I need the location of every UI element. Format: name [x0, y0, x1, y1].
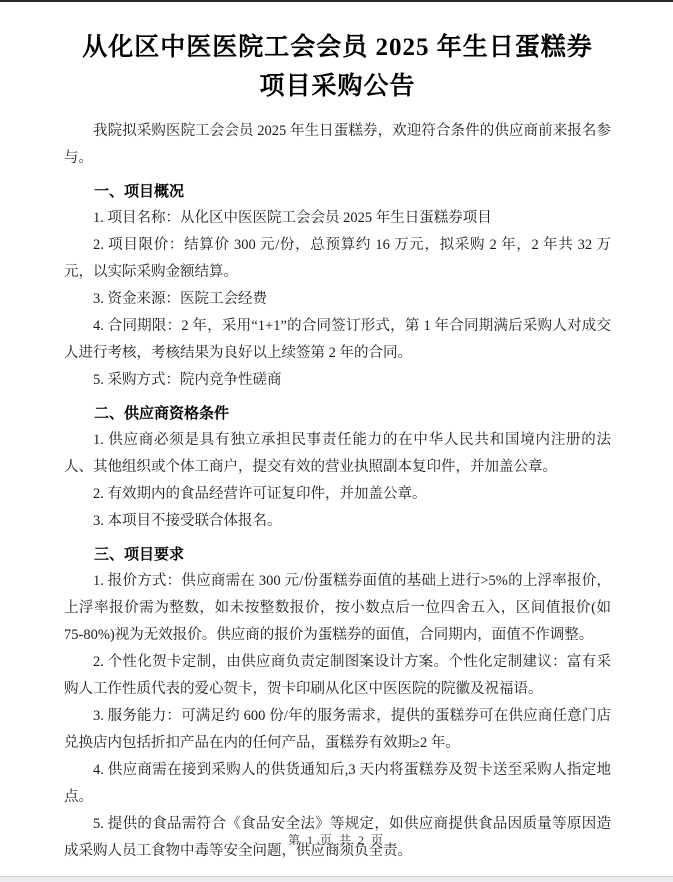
title-line-1: 从化区中医医院工会会员 2025 年生日蛋糕券	[64, 28, 611, 67]
paragraph: 3. 资金来源：医院工会经费	[64, 286, 611, 313]
document-page: 从化区中医医院工会会员 2025 年生日蛋糕券 项目采购公告 我院拟采购医院工会…	[0, 0, 673, 865]
paragraph: 2. 有效期内的食品经营许可证复印件，并加盖公章。	[64, 481, 611, 508]
page-number-footer: 第 1 页 共 2 页	[0, 831, 673, 848]
section-heading-overview: 一、项目概况	[64, 178, 611, 205]
paragraph: 1. 报价方式：供应商需在 300 元/份蛋糕券面值的基础上进行>5%的上浮率报…	[64, 568, 611, 649]
paragraph: 1. 项目名称：从化区中医医院工会会员 2025 年生日蛋糕券项目	[64, 205, 611, 232]
paragraph: 3. 本项目不接受联合体报名。	[64, 508, 611, 535]
paragraph: 3. 服务能力：可满足约 600 份/年的服务需求，提供的蛋糕券可在供应商任意门…	[64, 703, 611, 757]
paragraph: 2. 项目限价：结算价 300 元/份，总预算约 16 万元，拟采购 2 年，2…	[64, 232, 611, 286]
paragraph: 4. 合同期限：2 年，采用“1+1”的合同签订形式，第 1 年合同期满后采购人…	[64, 313, 611, 367]
paragraph: 5. 采购方式：院内竞争性磋商	[64, 367, 611, 394]
paragraph: 4. 供应商需在接到采购人的供货通知后,3 天内将蛋糕券及贺卡送至采购人指定地点…	[64, 757, 611, 811]
paragraph: 2. 个性化贺卡定制，由供应商负责定制图案设计方案。个性化定制建议：富有采购人工…	[64, 649, 611, 703]
section-heading-supplier-qualifications: 二、供应商资格条件	[64, 400, 611, 427]
paragraph: 1. 供应商必须是具有独立承担民事责任能力的在中华人民共和国境内注册的法人、其他…	[64, 427, 611, 481]
title-line-2: 项目采购公告	[64, 67, 611, 106]
document-title: 从化区中医医院工会会员 2025 年生日蛋糕券 项目采购公告	[64, 28, 611, 106]
section-heading-project-requirements: 三、项目要求	[64, 541, 611, 568]
page-bottom-edge	[0, 876, 673, 882]
intro-paragraph: 我院拟采购医院工会会员 2025 年生日蛋糕券，欢迎符合条件的供应商前来报名参与…	[64, 118, 611, 172]
